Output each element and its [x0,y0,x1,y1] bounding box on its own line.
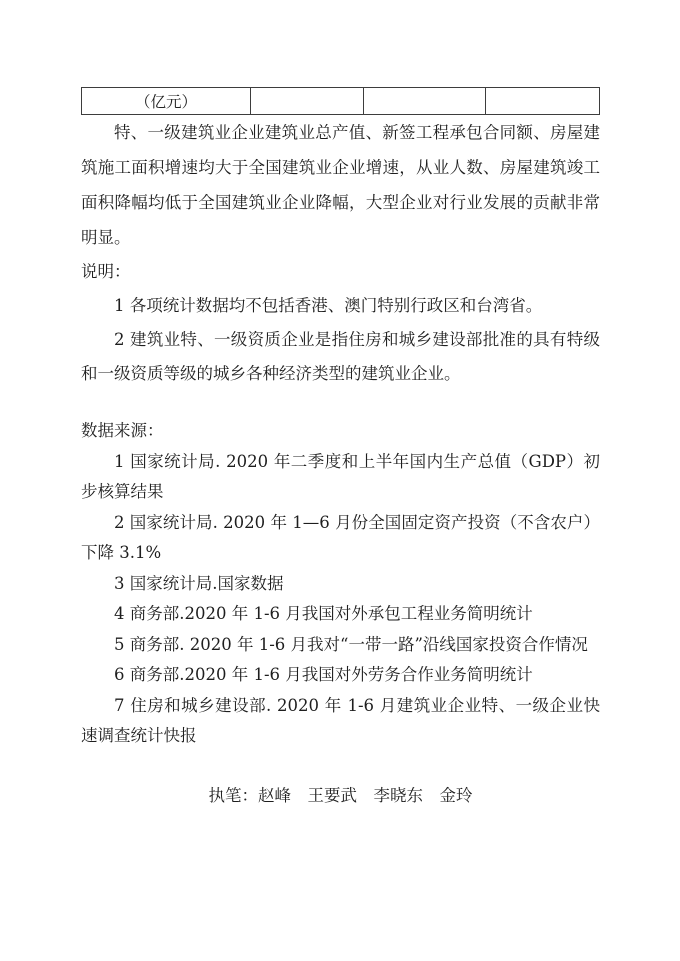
table-row: （亿元） [82,88,600,115]
sources-section: 数据来源： 1 国家统计局. 2020 年二季度和上半年国内生产总值（GDP）初… [81,416,600,752]
note-item: 2 建筑业特、一级资质企业是指住房和城乡建设部批准的具有特级和一级资质等级的城乡… [81,323,600,391]
byline: 执笔：赵峰 王要武 李晓东 金玲 [81,779,600,813]
source-item: 7 住房和城乡建设部. 2020 年 1-6 月建筑业企业特、一级企业快速调查统… [81,691,600,752]
notes-section: 说明： 1 各项统计数据均不包括香港、澳门特别行政区和台湾省。 2 建筑业特、一… [81,255,600,391]
table-cell-unit: （亿元） [82,88,251,115]
source-item: 1 国家统计局. 2020 年二季度和上半年国内生产总值（GDP）初步核算结果 [81,447,600,508]
document-page: （亿元） 特、一级建筑业企业建筑业总产值、新签工程承包合同额、房屋建筑施工面积增… [0,0,680,961]
table-cell [364,88,486,115]
notes-heading: 说明： [81,255,600,289]
data-table: （亿元） [81,87,600,115]
summary-paragraph: 特、一级建筑业企业建筑业总产值、新签工程承包合同额、房屋建筑施工面积增速均大于全… [81,115,600,255]
sources-heading: 数据来源： [81,416,600,447]
source-item: 2 国家统计局. 2020 年 1—6 月份全国固定资产投资（不含农户）下降 3… [81,508,600,569]
table-cell [251,88,364,115]
table-cell [486,88,600,115]
source-item: 6 商务部.2020 年 1-6 月我国对外劳务合作业务简明统计 [81,660,600,691]
source-item: 3 国家统计局.国家数据 [81,569,600,600]
source-item: 4 商务部.2020 年 1-6 月我国对外承包工程业务简明统计 [81,599,600,630]
source-item: 5 商务部. 2020 年 1-6 月我对“一带一路”沿线国家投资合作情况 [81,630,600,661]
page-content: （亿元） 特、一级建筑业企业建筑业总产值、新签工程承包合同额、房屋建筑施工面积增… [81,0,600,813]
note-item: 1 各项统计数据均不包括香港、澳门特别行政区和台湾省。 [81,289,600,323]
